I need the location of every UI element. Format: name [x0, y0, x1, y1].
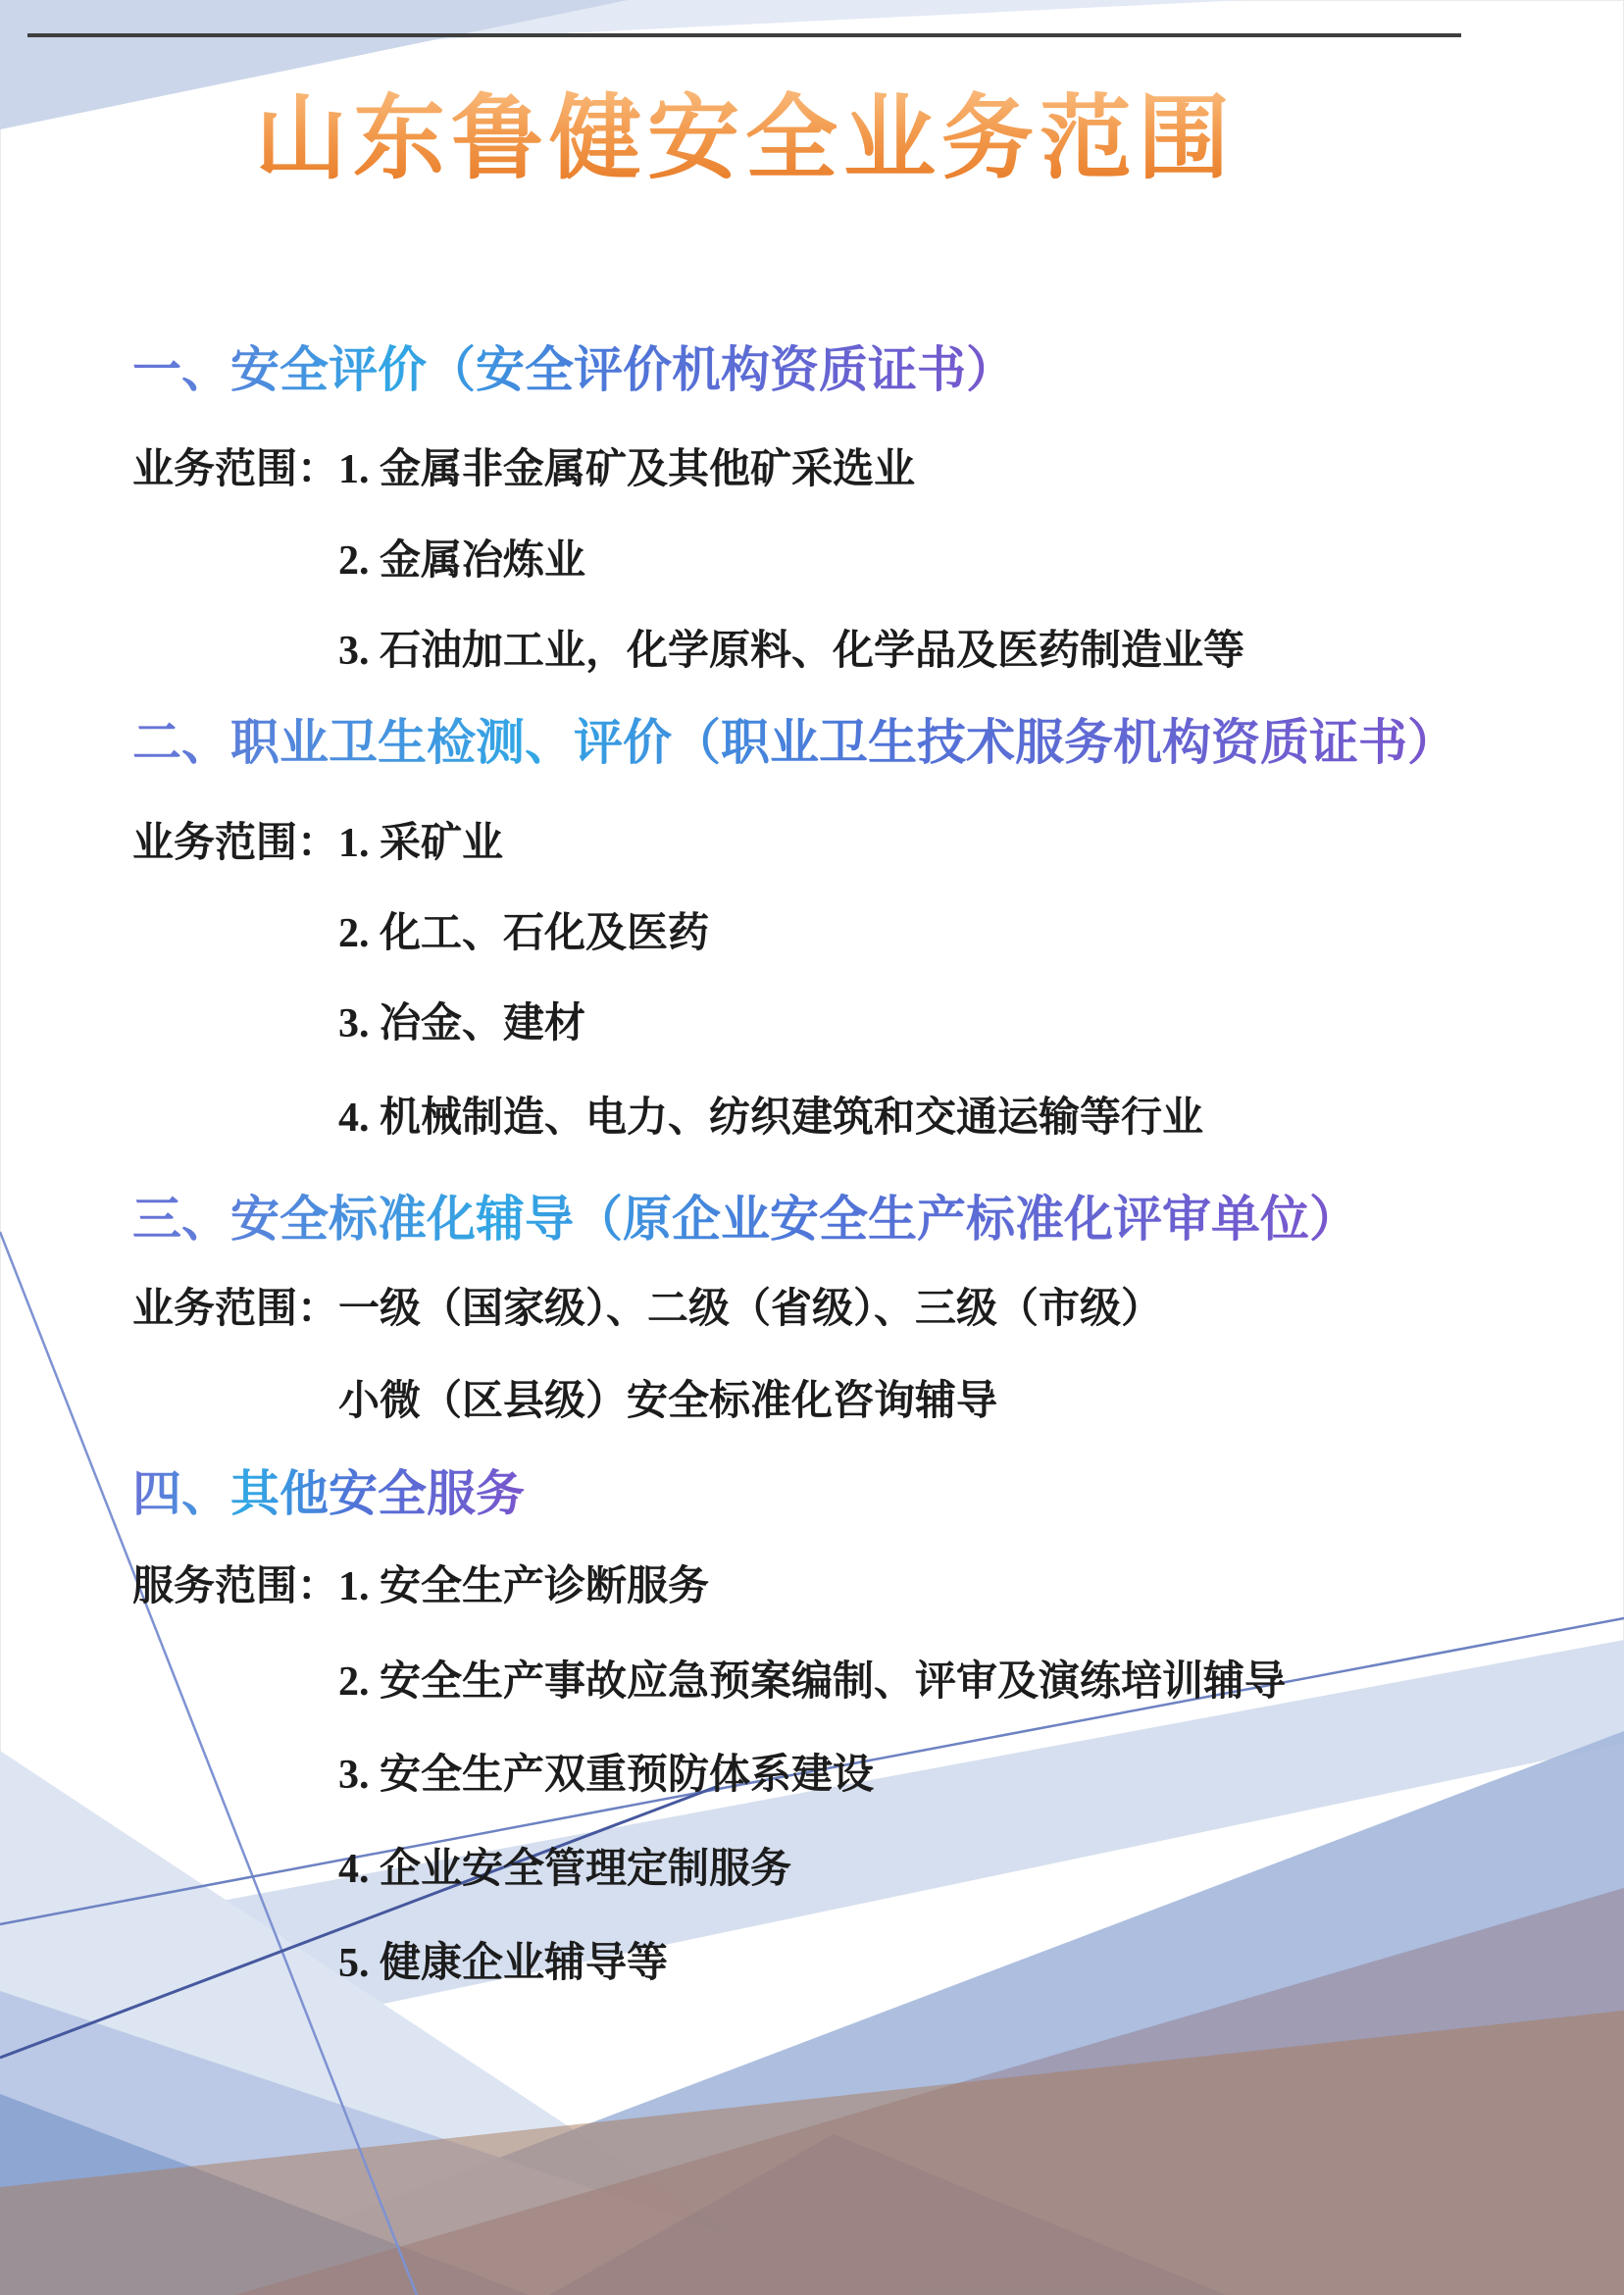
scope-item: 3. 石油加工业，化学原料、化学品及医药制造业等 [338, 629, 1244, 674]
dark-diagonal-line [0, 1787, 716, 2058]
scope-row: 服务范围：4. 企业安全管理定制服务 [132, 1846, 791, 1893]
scope-row: 业务范围：4. 机械制造、电力、纺织建筑和交通运输等行业 [132, 1095, 1203, 1142]
scope-item: 1. 安全生产诊断服务 [338, 1564, 709, 1609]
scope-row: 服务范围：1. 安全生产诊断服务 [132, 1563, 709, 1610]
scope-row: 服务范围：2. 安全生产事故应急预案编制、评审及演练培训辅导 [132, 1658, 1286, 1706]
scope-row: 业务范围：2. 化工、石化及医药 [132, 910, 709, 957]
scope-item: 4. 企业安全管理定制服务 [338, 1847, 791, 1892]
scope-row: 服务范围：3. 安全生产双重预防体系建设 [132, 1752, 874, 1799]
top-rule-line [27, 33, 1461, 37]
scope-item: 5. 健康企业辅导等 [338, 1941, 668, 1986]
scope-row: 业务范围：1. 采矿业 [132, 820, 503, 867]
scope-item: 小微（区县级）安全标准化咨询辅导 [338, 1379, 997, 1424]
top-triangle-light [0, 0, 1245, 61]
scope-row: 业务范围：3. 石油加工业，化学原料、化学品及医药制造业等 [132, 628, 1244, 675]
scope-item: 1. 金属非金属矿及其他矿采选业 [338, 447, 915, 492]
bottom-periwinkle-triangle [0, 1991, 912, 2295]
scope-label: 业务范围： [132, 1287, 338, 1332]
scope-row: 业务范围：2. 金属冶炼业 [132, 537, 585, 585]
bottom-steel-triangle [0, 2094, 530, 2295]
bottom-cornflower-mass [137, 1731, 1624, 2295]
scope-item: 2. 金属冶炼业 [338, 538, 585, 584]
scope-label: 业务范围： [132, 821, 338, 866]
scope-row: 服务范围：5. 健康企业辅导等 [132, 1940, 668, 1987]
bottom-pale-left-wedge [0, 1751, 824, 2295]
poster-page: 山东鲁健安全业务范围 一、安全评价（安全评价机构资质证书） 业务范围：1. 金属… [0, 0, 1624, 2295]
scope-item: 2. 化工、石化及医药 [338, 911, 709, 956]
scope-item: 3. 安全生产双重预防体系建设 [338, 1753, 874, 1798]
scope-item: 一级（国家级）、二级（省级）、三级（市级） [338, 1287, 1162, 1332]
section-heading-1: 一、安全评价（安全评价机构资质证书） [132, 343, 1015, 397]
scope-item: 1. 采矿业 [338, 821, 503, 866]
bottom-brown-band [0, 2011, 1624, 2295]
scope-item: 4. 机械制造、电力、纺织建筑和交通运输等行业 [338, 1096, 1203, 1141]
section-heading-4: 四、其他安全服务 [132, 1467, 525, 1521]
section-heading-3: 三、安全标准化辅导（原企业安全生产标准化评审单位） [132, 1193, 1358, 1247]
scope-item: 2. 安全生产事故应急预案编制、评审及演练培训辅导 [338, 1659, 1286, 1705]
bottom-blue-apex-triangle [549, 2134, 1226, 2295]
scope-label: 服务范围： [132, 1564, 338, 1609]
scope-label: 业务范围： [132, 447, 338, 492]
scope-item: 3. 冶金、建材 [338, 1001, 585, 1046]
section-heading-2: 二、职业卫生检测、评价（职业卫生技术服务机构资质证书） [132, 716, 1456, 770]
scope-row: 业务范围：1. 金属非金属矿及其他矿采选业 [132, 446, 915, 493]
page-title: 山东鲁健安全业务范围 [0, 90, 1491, 187]
scope-row: 业务范围：小微（区县级）安全标准化咨询辅导 [132, 1378, 997, 1425]
scope-row: 业务范围：3. 冶金、建材 [132, 1000, 585, 1047]
scope-row: 业务范围：一级（国家级）、二级（省级）、三级（市级） [132, 1286, 1162, 1333]
